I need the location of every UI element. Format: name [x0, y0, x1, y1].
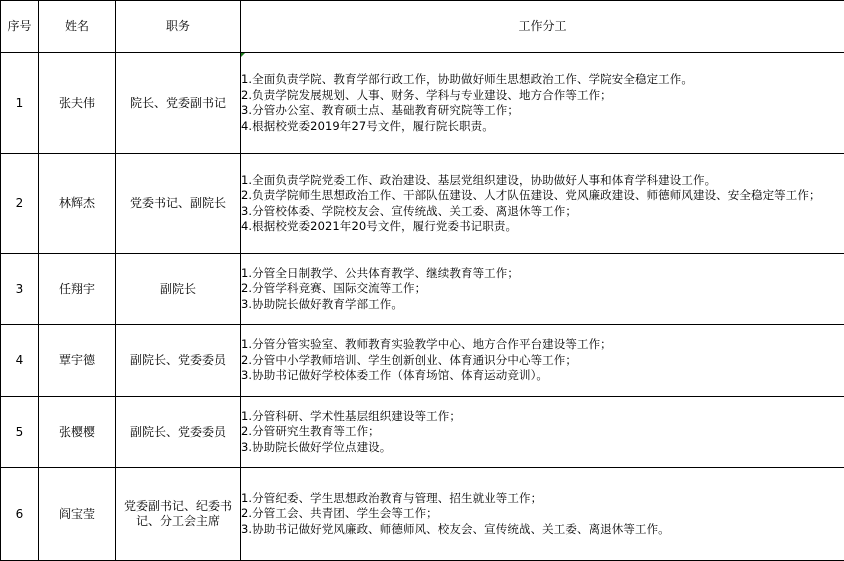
duty-line: 1.全面负责学院、教育学部行政工作，协助做好师生思想政治工作、学院安全稳定工作。 — [241, 72, 844, 88]
name-cell[interactable]: 张樱樱 — [39, 397, 116, 468]
index-cell[interactable]: 5 — [1, 397, 39, 468]
position-cell[interactable]: 副院长、党委委员 — [116, 325, 241, 397]
name-cell[interactable]: 林辉杰 — [39, 154, 116, 254]
header-duties: 工作分工 — [241, 1, 844, 53]
duties-cell[interactable]: 1.分管分管实验室、教师教育实验教学中心、地方合作平台建设等工作； 2.分管中小… — [241, 325, 844, 397]
duty-line: 2.负责学院师生思想政治工作、干部队伍建设、人才队伍建设、党风廉政建设、师德师风… — [241, 188, 844, 204]
position-cell[interactable]: 党委书记、副院长 — [116, 154, 241, 254]
table-row: 5 张樱樱 副院长、党委委员 1.分管科研、学术性基层组织建设等工作； 2.分管… — [1, 397, 844, 468]
table-row: 2 林辉杰 党委书记、副院长 1.全面负责学院党委工作、政治建设、基层党组织建设… — [1, 154, 844, 254]
position-cell[interactable]: 副院长、党委委员 — [116, 397, 241, 468]
position-cell[interactable]: 党委副书记、纪委书记、分工会主席 — [116, 468, 241, 561]
table-row: 4 覃宇德 副院长、党委委员 1.分管分管实验室、教师教育实验教学中心、地方合作… — [1, 325, 844, 397]
index-cell[interactable]: 3 — [1, 254, 39, 325]
duties-table: 序号 姓名 职务 工作分工 1 张夫伟 院长、党委副书记 1.全面负责学院、教育… — [0, 0, 844, 561]
duty-line: 4.根据校党委2019年27号文件，履行院长职责。 — [241, 119, 844, 135]
position-cell[interactable]: 院长、党委副书记 — [116, 53, 241, 154]
duty-line: 2.负责学院发展规划、人事、财务、学科与专业建设、地方合作等工作； — [241, 88, 844, 104]
name-cell[interactable]: 任翔宇 — [39, 254, 116, 325]
header-row: 序号 姓名 职务 工作分工 — [1, 1, 844, 53]
table-row: 3 任翔宇 副院长 1.分管全日制教学、公共体育教学、继续教育等工作； 2.分管… — [1, 254, 844, 325]
duty-line: 1.分管纪委、学生思想政治教育与管理、招生就业等工作； — [241, 491, 844, 507]
name-cell[interactable]: 张夫伟 — [39, 53, 116, 154]
header-name: 姓名 — [39, 1, 116, 53]
duty-line: 3.分管校体委、学院校友会、宣传统战、关工委、离退休等工作； — [241, 204, 844, 220]
duty-line: 1.分管全日制教学、公共体育教学、继续教育等工作； — [241, 266, 844, 282]
duties-cell[interactable]: 1.分管科研、学术性基层组织建设等工作； 2.分管研究生教育等工作； 3.协助院… — [241, 397, 844, 468]
duty-line: 3.协助书记做好学校体委工作（体育场馆、体育运动竞训）。 — [241, 368, 844, 384]
index-cell[interactable]: 1 — [1, 53, 39, 154]
header-index: 序号 — [1, 1, 39, 53]
index-cell[interactable]: 4 — [1, 325, 39, 397]
duty-line: 1.分管分管实验室、教师教育实验教学中心、地方合作平台建设等工作； — [241, 337, 844, 353]
duty-line: 3.协助院长做好学位点建设。 — [241, 440, 844, 456]
table-row: 1 张夫伟 院长、党委副书记 1.全面负责学院、教育学部行政工作，协助做好师生思… — [1, 53, 844, 154]
index-cell[interactable]: 6 — [1, 468, 39, 561]
duty-line: 2.分管工会、共青团、学生会等工作； — [241, 506, 844, 522]
duty-line: 3.分管办公室、教育硕士点、基础教育研究院等工作； — [241, 103, 844, 119]
duty-line: 3.协助书记做好党风廉政、师德师风、校友会、宣传统战、关工委、离退休等工作。 — [241, 522, 844, 538]
duty-line: 3.协助院长做好教育学部工作。 — [241, 297, 844, 313]
duty-line: 2.分管中小学教师培训、学生创新创业、体育通识分中心等工作； — [241, 353, 844, 369]
table-row: 6 阎宝莹 党委副书记、纪委书记、分工会主席 1.分管纪委、学生思想政治教育与管… — [1, 468, 844, 561]
duties-cell[interactable]: 1.全面负责学院党委工作、政治建设、基层党组织建设，协助做好人事和体育学科建设工… — [241, 154, 844, 254]
name-cell[interactable]: 阎宝莹 — [39, 468, 116, 561]
position-cell[interactable]: 副院长 — [116, 254, 241, 325]
name-cell[interactable]: 覃宇德 — [39, 325, 116, 397]
duties-cell[interactable]: 1.全面负责学院、教育学部行政工作，协助做好师生思想政治工作、学院安全稳定工作。… — [241, 53, 844, 154]
duty-line: 1.全面负责学院党委工作、政治建设、基层党组织建设，协助做好人事和体育学科建设工… — [241, 173, 844, 189]
index-cell[interactable]: 2 — [1, 154, 39, 254]
duties-cell[interactable]: 1.分管全日制教学、公共体育教学、继续教育等工作； 2.分管学科竞赛、国际交流等… — [241, 254, 844, 325]
header-position: 职务 — [116, 1, 241, 53]
duty-line: 4.根据校党委2021年20号文件，履行党委书记职责。 — [241, 219, 844, 235]
duty-line: 2.分管学科竞赛、国际交流等工作； — [241, 281, 844, 297]
duty-line: 2.分管研究生教育等工作； — [241, 424, 844, 440]
duties-cell[interactable]: 1.分管纪委、学生思想政治教育与管理、招生就业等工作； 2.分管工会、共青团、学… — [241, 468, 844, 561]
cell-comment-marker-icon — [241, 53, 245, 57]
duty-line: 1.分管科研、学术性基层组织建设等工作； — [241, 409, 844, 425]
